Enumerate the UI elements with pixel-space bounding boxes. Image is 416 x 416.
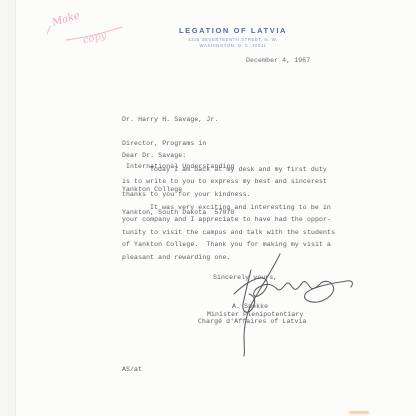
- letterhead: LEGATION OF LATVIA 4325 SEVENTEENTH STRE…: [133, 26, 333, 48]
- sender-title-line1: Minister Plenipotentiary: [207, 311, 304, 319]
- typed-name: A. Spekke: [232, 303, 268, 311]
- reference-initials: AS/at: [122, 366, 142, 374]
- body-line: pleasant and rewarding one.: [122, 254, 231, 262]
- body-line: thanks to you for your kindness.: [122, 191, 251, 199]
- body-line: Today I am back at my desk and my first …: [150, 166, 327, 174]
- sender-title-line2: Chargé d'Affaires of Latvia: [198, 318, 307, 326]
- note-flourish-stroke: [44, 8, 134, 50]
- letter-page: Make copy LEGATION OF LATVIA 4325 SEVENT…: [0, 0, 416, 416]
- letterhead-address-line2: WASHINGTON, D. C. 20011: [133, 43, 333, 48]
- body-line: tunity to visit the campus and talk with…: [122, 229, 335, 237]
- recipient-line: Director, Programs in: [122, 140, 235, 148]
- page-crease: [15, 0, 16, 416]
- letterhead-org-name: LEGATION OF LATVIA: [133, 26, 333, 35]
- body-line: It was very exciting and interesting to …: [150, 204, 331, 212]
- date-line: December 4, 1967: [246, 57, 310, 65]
- scan-smudge: [349, 411, 369, 414]
- recipient-line: Dr. Harry H. Savage, Jr.: [122, 116, 235, 124]
- body-line: is to write to you to express my best an…: [122, 178, 327, 186]
- salutation: Dear Dr. Savage:: [122, 152, 186, 160]
- handwritten-note: Make copy: [44, 8, 134, 50]
- letterhead-address-line1: 4325 SEVENTEENTH STREET, N. W.: [133, 37, 333, 42]
- body-line: your company and I appreciate to have ha…: [122, 216, 331, 224]
- scan-left-strip: [0, 0, 15, 416]
